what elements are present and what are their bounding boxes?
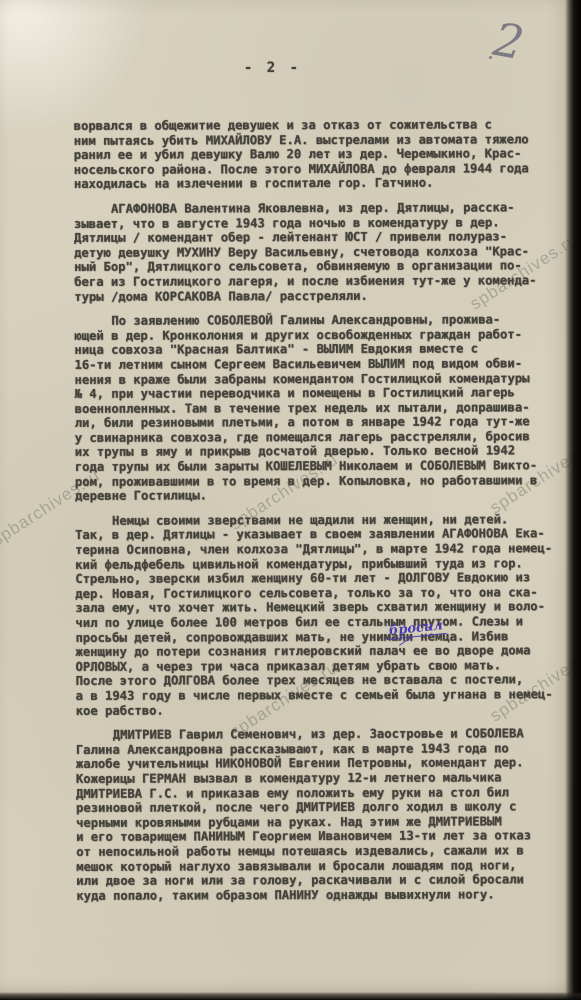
typed-paragraph: По заявлению СОБОЛЕВОЙ Галины Александро… [74,312,575,503]
typed-paragraph: ДМИТРИЕВ Гаврил Семенович, из дер. Заост… [76,726,577,903]
typed-page-number: - 2 - [0,60,545,76]
pencil-dot [489,56,492,59]
scan-edge-bottom [0,992,581,1000]
scanned-archive-page: { "document": { "typed_page_number": "- … [0,0,581,1000]
typed-paragraph: Немцы своими зверствами не щадили ни жен… [75,512,576,718]
scan-edge-right [565,0,581,1000]
handwritten-page-number: 2 [490,16,527,66]
paper-sheet: - 2 - 2 spbarchives.ru spbarchives.ru sp… [0,0,581,1000]
typed-paragraph: ворвался в общежитие девушек и за отказ … [74,117,574,192]
typed-text: ворвался в общежитие девушек и за отказ … [74,117,577,913]
typed-paragraph: АГАФОНОВА Валентина Яковлевна, из дер. Д… [74,200,574,304]
